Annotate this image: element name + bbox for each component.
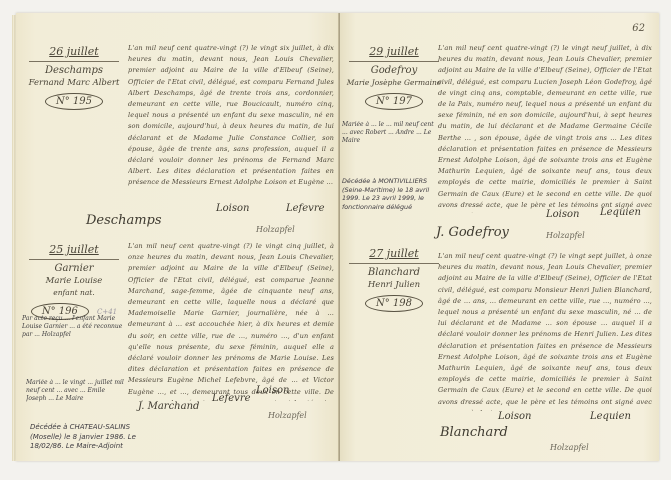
divider xyxy=(29,259,119,260)
register-spread: 26 juillet Deschamps Fernand Marc Albert… xyxy=(16,13,659,461)
entry-date: 25 juillet xyxy=(24,243,124,256)
entry-date: 27 juillet xyxy=(344,247,444,260)
entry-date: 29 juillet xyxy=(344,45,444,58)
entry-number: N° 195 xyxy=(45,93,103,110)
signature-loison: Loison xyxy=(216,203,249,214)
signature-lefevre: Lefevre xyxy=(286,203,325,214)
signature-loison: Loison xyxy=(546,209,579,220)
signature-lequien: Lequien xyxy=(590,411,631,422)
entry-198-margin: 27 juillet Blanchard Henri Julien N° 198 xyxy=(344,247,444,312)
right-page: 62 29 juillet Godefroy Marie Josèphe Ger… xyxy=(340,13,659,461)
signature-lequien: Lequien xyxy=(600,207,641,218)
margin-note-marriage: Mariée à ... le ... mil neuf cent ... av… xyxy=(342,121,436,163)
page-number: 62 xyxy=(632,23,645,34)
left-page: 26 juillet Deschamps Fernand Marc Albert… xyxy=(16,13,340,461)
signature-godefroy: J. Godefroy xyxy=(436,225,509,240)
entry-196-margin: 25 juillet Garnier Marie Louise enfant n… xyxy=(24,243,124,320)
entry-197-text: L'an mil neuf cent quatre-vingt (?) le v… xyxy=(438,43,652,213)
entry-surname: Godefroy xyxy=(344,65,444,77)
signature-official: Holzapfel xyxy=(256,225,295,234)
divider xyxy=(349,263,439,264)
divider xyxy=(349,61,439,62)
entry-extra: enfant nat. xyxy=(24,287,124,299)
signature-blanchard: Blanchard xyxy=(440,425,508,440)
entry-surname: Deschamps xyxy=(24,65,124,77)
divider xyxy=(29,61,119,62)
signature-official: Holzapfel xyxy=(546,231,585,240)
signature-loison: Loison xyxy=(498,411,531,422)
signature-official: Holzapfel xyxy=(268,411,307,420)
entry-given-names: Marie Josèphe Germaine xyxy=(344,77,444,89)
entry-197-margin: 29 juillet Godefroy Marie Josèphe Germai… xyxy=(344,45,444,110)
death-annotation: Décédée à MONTIVILLIERS (Seine-Maritime)… xyxy=(342,177,438,211)
signature-marchand: J. Marchand xyxy=(138,401,199,412)
margin-note-marriage: Mariée à ... le vingt ... juillet mil ne… xyxy=(26,379,126,415)
entry-surname: Garnier xyxy=(24,263,124,275)
entry-number: N° 197 xyxy=(365,93,423,110)
signature-deschamps: Deschamps xyxy=(86,213,162,228)
entry-surname: Blanchard xyxy=(344,267,444,279)
entry-196-text: L'an mil neuf cent quatre-vingt (?) le v… xyxy=(128,241,334,401)
entry-given-names: Fernand Marc Albert xyxy=(24,77,124,89)
entry-number: N° 198 xyxy=(365,295,423,312)
entry-date: 26 juillet xyxy=(24,45,124,58)
entry-195-margin: 26 juillet Deschamps Fernand Marc Albert… xyxy=(24,45,124,110)
death-annotation: Décédée à CHATEAU-SALINS (Moselle) le 8 … xyxy=(30,423,140,452)
signature-lefevre: Lefevre xyxy=(212,393,251,404)
entry-given-names: Henri Julien xyxy=(344,279,444,291)
signature-official: Holzapfel xyxy=(550,443,589,452)
entry-given-names: Marie Louise xyxy=(24,275,124,287)
margin-note-recognition: Par acte reçu ... l'enfant Marie Louise … xyxy=(22,315,126,367)
entry-195-text: L'an mil neuf cent quatre-vingt (?) le v… xyxy=(128,43,334,213)
entry-198-text: L'an mil neuf cent quatre-vingt (?) le v… xyxy=(438,251,652,411)
signature-loison: Loison xyxy=(256,385,289,396)
